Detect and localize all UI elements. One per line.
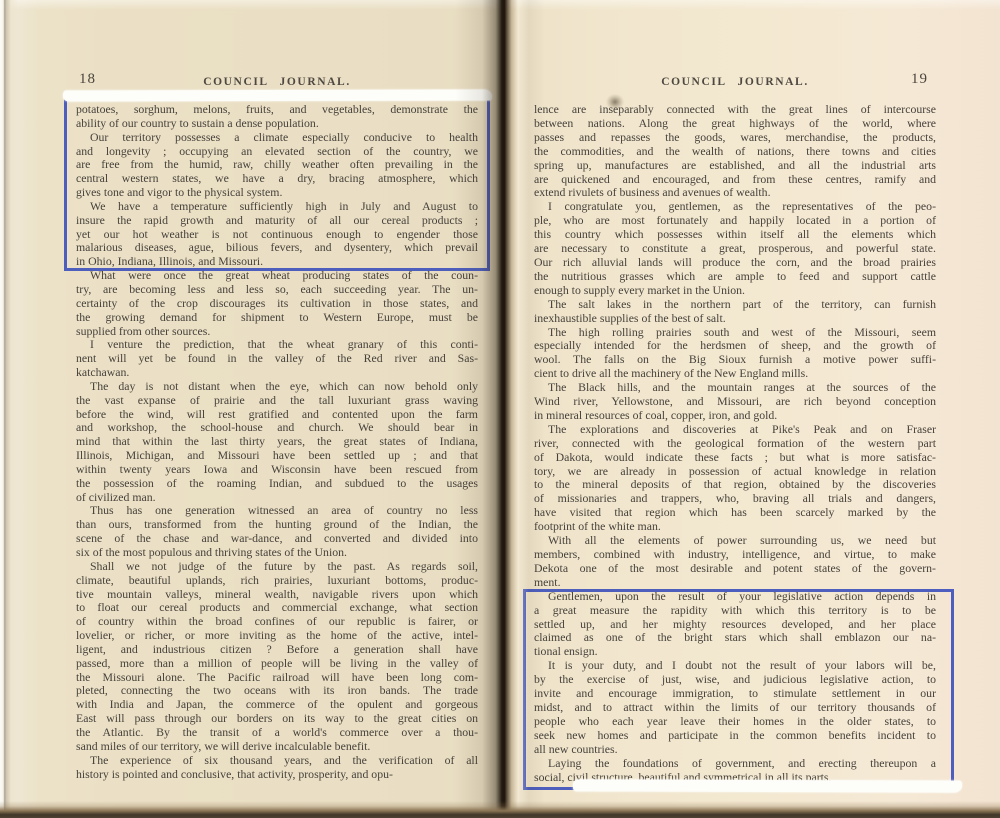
text-line: six of the most populous and thriving st…: [76, 546, 478, 560]
text-line: ment.: [534, 576, 936, 590]
text-line: East will pass through our borders on it…: [76, 712, 478, 726]
gutter-shadow: [455, 0, 545, 818]
text-line: passes and repasses the goods, wares, me…: [534, 131, 936, 145]
text-line: and workshop, the school-house and churc…: [76, 421, 478, 435]
text-line: in mineral resources of coal, copper, ir…: [534, 409, 936, 423]
text-line: What were once the great wheat producing…: [76, 269, 478, 283]
text-line: climate, beautiful uplands, rich prairie…: [76, 574, 478, 588]
text-line: than ours, transformed from the hunting …: [76, 518, 478, 532]
whiteout-patch-bottom: [573, 779, 962, 792]
page-number-right: 19: [911, 71, 928, 88]
whiteout-patch-top: [63, 89, 492, 101]
text-line: try, are becoming less and less so, each…: [76, 283, 478, 297]
text-line: ligent, and industrious citizen ? Before…: [76, 643, 478, 657]
book-bottom-edge: [0, 801, 1000, 818]
text-line: of country within the broad confines of …: [76, 615, 478, 629]
text-line: I venture the prediction, that the wheat…: [76, 338, 478, 352]
text-line: The experience of six thousand years, an…: [76, 754, 478, 768]
text-line: to the mineral deposits of that region, …: [534, 478, 936, 492]
text-line: tive mountain valleys, mineral wealth, n…: [76, 588, 478, 602]
text-line: members, combined with industry, intelli…: [534, 548, 936, 562]
text-line: with India and Japan, the commerce of th…: [76, 698, 478, 712]
text-line: The Black hills, and the mountain ranges…: [534, 381, 936, 395]
text-line: Illinois, Michigan, and Missouri have be…: [76, 449, 478, 463]
text-line: ple, who are most fortunately and happil…: [534, 214, 936, 228]
text-line: certainty of the crop discourages its cu…: [76, 297, 478, 311]
text-line: The salt lakes in the northern part of t…: [534, 298, 936, 312]
text-line: With all the elements of power surroundi…: [534, 534, 936, 548]
text-line: katchawan.: [76, 366, 478, 380]
text-line: Shall we not judge of the future by the …: [76, 560, 478, 574]
text-line: the commodities, and the wealth of natio…: [534, 145, 936, 159]
text-line: Wind river, Yellowstone, and Missouri, a…: [534, 395, 936, 409]
ink-smudge: [606, 94, 624, 110]
book-spread: 18 COUNCIL JOURNAL. COUNCIL JOURNAL. 19 …: [0, 0, 1000, 818]
text-line: the Missouri alone. The Pacific railroad…: [76, 671, 478, 685]
text-line: inexhaustible supplies of the best of sa…: [534, 312, 936, 326]
text-line: of civilized man.: [76, 491, 478, 505]
text-line: the possession of the roaming Indian, an…: [76, 477, 478, 491]
text-line: pleted, connecting the two oceans with i…: [76, 684, 478, 698]
annotation-box-right: [523, 589, 954, 790]
text-line: especially intended for the herdsmen of …: [534, 339, 936, 353]
running-head-left: COUNCIL JOURNAL.: [76, 76, 478, 88]
text-line: I congratulate you, gentlemen, as the re…: [534, 200, 936, 214]
text-line: lovelier, or richer, or more inviting as…: [76, 629, 478, 643]
text-line: between nations. Along the great highway…: [534, 117, 936, 131]
text-line: lence are inseparably connected with the…: [534, 103, 936, 117]
text-line: are necessary to constitute a great, pro…: [534, 242, 936, 256]
text-line: enough to supply every market in the Uni…: [534, 284, 936, 298]
text-line: The day is not distant when the eye, whi…: [76, 380, 478, 394]
text-line: extend rivulets of business and avenues …: [534, 186, 936, 200]
text-line: scene of the chase and war-dance, and co…: [76, 532, 478, 546]
text-line: Thus has one generation witnessed an are…: [76, 504, 478, 518]
text-line: history is pointed and conclusive, that …: [76, 768, 478, 782]
text-line: The explorations and discoveries at Pike…: [534, 423, 936, 437]
book-left-edge: [0, 0, 18, 818]
text-line: Our rich alluvial lands will produce the…: [534, 256, 936, 270]
text-line: passed, more than a million of people wi…: [76, 657, 478, 671]
text-line: of missionaries and trappers, who, bravi…: [534, 492, 936, 506]
text-line: to float our cereal products and commerc…: [76, 601, 478, 615]
text-line: mind that within the last thirty years, …: [76, 435, 478, 449]
text-line: footprint of the white man.: [534, 520, 936, 534]
text-line: wool. The falls on the Big Sioux furnish…: [534, 353, 936, 367]
text-line: cient to drive all the machinery of the …: [534, 367, 936, 381]
text-line: are quickened and encouraged, and from t…: [534, 173, 936, 187]
text-line: Dekota one of the most desirable and pot…: [534, 562, 936, 576]
text-line: before the wind, will rest gratified and…: [76, 408, 478, 422]
text-line: the Atlantic. By the transit of a world'…: [76, 726, 478, 740]
text-line: sand miles of our territory, we will der…: [76, 740, 478, 754]
text-line: the vast expanse of prairie and the tall…: [76, 394, 478, 408]
text-line: nent will yet be found in the valley of …: [76, 352, 478, 366]
text-line: river, connected with the geological for…: [534, 437, 936, 451]
annotation-box-left: [64, 95, 490, 271]
text-line: have visited that region which has been …: [534, 506, 936, 520]
text-line: tory, we are already in possession of ac…: [534, 465, 936, 479]
text-line: of Dakota, would indicate these facts ; …: [534, 451, 936, 465]
text-line: supplied from other sources.: [76, 325, 478, 339]
text-line: spring up, manufactures are established,…: [534, 159, 936, 173]
text-line: the nutritious grasses which are ample t…: [534, 270, 936, 284]
text-line: the growing demand for shipment to Weste…: [76, 311, 478, 325]
text-line: The high rolling prairies south and west…: [534, 326, 936, 340]
text-line: within twenty years Iowa and Wisconsin h…: [76, 463, 478, 477]
text-line: this country which possesses within itse…: [534, 228, 936, 242]
running-head-right: COUNCIL JOURNAL.: [534, 76, 936, 88]
